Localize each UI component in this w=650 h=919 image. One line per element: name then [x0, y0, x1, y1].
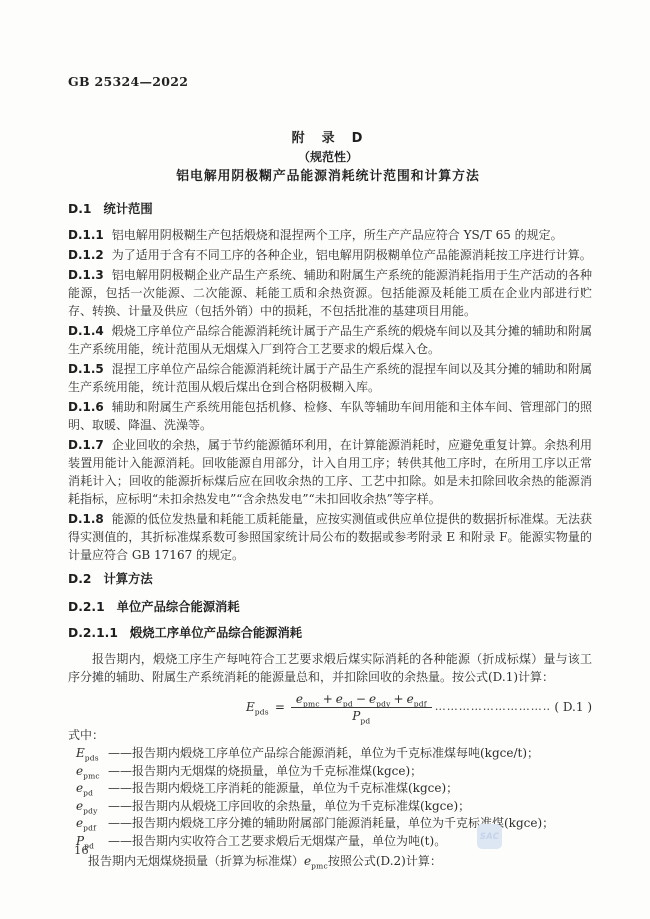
definition-symbol: epd — [76, 780, 108, 798]
clause-text: 煅烧工序单位产品综合能源消耗统计属于产品生产系统的煅烧车间以及其分摊的辅助和附属… — [68, 324, 592, 356]
definition-row: epdf —— 报告期内煅烧工序分摊的辅助附属部门能源消耗量，单位为千克标准煤(… — [68, 815, 592, 833]
definition-text: 报告期内从煅烧工序回收的余热量，单位为千克标准煤(kgce)； — [132, 798, 592, 816]
formula-fraction: epmc+epd−epdy+epdf Ppd — [291, 692, 432, 723]
section-title: 单位产品综合能源消耗 — [117, 600, 240, 614]
clause-text: 混捏工序单位产品综合能源消耗统计属于产品生产系统的混捏车间以及其分摊的辅助和附属… — [68, 362, 592, 394]
definition-symbol: epmc — [76, 763, 108, 781]
definition-row: epd —— 报告期内煅烧工序消耗的能源量，单位为千克标准煤(kgce)； — [68, 780, 592, 798]
term-symbol: e — [407, 692, 414, 706]
equation-number: ( D.1 ) — [554, 698, 592, 716]
clause-d1-4: D.1.4煅烧工序单位产品综合能源消耗统计属于产品生产系统的煅烧车间以及其分摊的… — [68, 322, 592, 358]
clause-text: 铝电解用阴极糊企业产品生产系统、辅助和附属生产系统的能源消耗指用于生产活动的各种… — [68, 268, 592, 318]
formula-lhs-subscript: pds — [255, 707, 269, 716]
equals-sign: = — [275, 698, 285, 716]
appendix-normative-tag: （规范性） — [68, 148, 588, 167]
definition-row: Epds —— 报告期内煅烧工序单位产品综合能源消耗，单位为千克标准煤每吨(kg… — [68, 745, 592, 763]
clause-d1-5: D.1.5混捏工序单位产品综合能源消耗统计属于产品生产系统的混捏车间以及其分摊的… — [68, 360, 592, 396]
formula-d1: Epds = epmc+epd−epdy+epdf Ppd …………………………… — [68, 690, 592, 724]
definition-text: 报告期内实收符合工艺要求煅后无烟煤产量，单位为吨(t)。 — [132, 833, 592, 851]
clause-number: D.1.1 — [68, 228, 104, 242]
definition-dash: —— — [108, 780, 132, 798]
clause-d1-2: D.1.2为了适用于含有不同工序的各种企业，铝电解用阴极糊单位产品能源消耗按工序… — [68, 246, 592, 264]
term-subscript: pd — [343, 699, 353, 708]
section-heading-d2-1: D.2.1单位产品综合能源消耗 — [68, 598, 592, 616]
document-page: GB 25324—2022 附 录 D （规范性） 铝电解用阴极糊产品能源消耗统… — [0, 0, 650, 919]
operator: + — [394, 692, 404, 706]
clause-d1-6: D.1.6辅助和附属生产系统用能包括机修、检修、车队等辅助车间用能和主体车间、管… — [68, 398, 592, 434]
clause-text: 能源的低位发热量和耗能工质耗能量，应按实测值或供应单位提供的数据折标准煤。无法获… — [68, 512, 592, 562]
sac-watermark-logo: SAC — [477, 824, 502, 849]
definition-text: 报告期内煅烧工序单位产品综合能源消耗，单位为千克标准煤每吨(kgce/t)； — [132, 745, 592, 763]
appendix-label: 附 录 D — [68, 129, 588, 148]
term-subscript: pdf — [414, 699, 427, 708]
clause-d1-3: D.1.3铝电解用阴极糊企业产品生产系统、辅助和附属生产系统的能源消耗指用于生产… — [68, 266, 592, 320]
section-number: D.2 — [68, 572, 91, 586]
calc-intro-paragraph: 报告期内，煅烧工序生产每吨符合工艺要求煅后煤实际消耗的各种能源（折成标煤）量与该… — [68, 650, 592, 686]
term-symbol: e — [336, 692, 343, 706]
closing-subscript: pmc — [311, 861, 328, 870]
term-subscript: pdy — [376, 699, 390, 708]
page-number: 16 — [74, 841, 89, 859]
fraction-denominator: Ppd — [291, 708, 432, 723]
clause-number: D.1.6 — [68, 400, 104, 414]
operator: + — [323, 692, 333, 706]
closing-post: 按照公式(D.2)计算： — [328, 854, 442, 868]
fraction-numerator: epmc+epd−epdy+epdf — [291, 692, 432, 708]
definition-row: epmc —— 报告期内无烟煤的烧损量，单位为千克标准煤(kgce)； — [68, 763, 592, 781]
term-subscript: pmc — [303, 699, 320, 708]
clause-number: D.1.2 — [68, 248, 104, 262]
clause-number: D.1.8 — [68, 512, 104, 526]
section-heading-d2: D.2计算方法 — [68, 570, 592, 588]
clause-d1-7: D.1.7企业回收的余热，属于节约能源循环利用，在计算能源消耗时，应避免重复计算… — [68, 436, 592, 508]
definition-text: 报告期内无烟煤的烧损量，单位为千克标准煤(kgce)； — [132, 763, 592, 781]
section-number: D.2.1 — [68, 600, 105, 614]
definition-symbol: Epds — [76, 745, 108, 763]
section-title: 煅烧工序单位产品综合能源消耗 — [130, 626, 302, 640]
section-title: 统计范围 — [103, 202, 152, 216]
term-symbol: e — [369, 692, 376, 706]
definition-dash: —— — [108, 833, 132, 851]
formula-expression: Epds = epmc+epd−epdy+epdf Ppd — [246, 692, 432, 723]
clause-d1-1: D.1.1铝电解用阴极糊生产包括煅烧和混捏两个工序，所生产产品应符合 YS/T … — [68, 226, 592, 244]
clause-text: 铝电解用阴极糊生产包括煅烧和混捏两个工序，所生产产品应符合 YS/T 65 的规… — [112, 228, 563, 242]
where-label: 式中： — [68, 726, 592, 744]
definition-dash: —— — [108, 763, 132, 781]
clause-text: 企业回收的余热，属于节约能源循环利用，在计算能源消耗时，应避免重复计算。余热利用… — [68, 438, 592, 506]
definition-symbol: epdy — [76, 798, 108, 816]
definition-row: Ppd —— 报告期内实收符合工艺要求煅后无烟煤产量，单位为吨(t)。 — [68, 833, 592, 851]
appendix-header: 附 录 D （规范性） 铝电解用阴极糊产品能源消耗统计范围和计算方法 — [68, 129, 588, 187]
clause-number: D.1.5 — [68, 362, 104, 376]
section-heading-d1: D.1统计范围 — [68, 200, 592, 218]
definition-symbol: epdf — [76, 815, 108, 833]
clause-text: 为了适用于含有不同工序的各种企业，铝电解用阴极糊单位产品能源消耗按工序进行计算。 — [112, 248, 592, 262]
section-number: D.2.1.1 — [68, 626, 118, 640]
standard-code: GB 25324—2022 — [68, 73, 188, 91]
closing-pre: 报告期内无烟煤烧损量（折算为标准煤） — [88, 854, 304, 868]
clause-number: D.1.7 — [68, 438, 104, 452]
definition-row: epdy —— 报告期内从煅烧工序回收的余热量，单位为千克标准煤(kgce)； — [68, 798, 592, 816]
definition-dash: —— — [108, 798, 132, 816]
definition-text: 报告期内煅烧工序消耗的能源量，单位为千克标准煤(kgce)； — [132, 780, 592, 798]
clause-number: D.1.3 — [68, 268, 104, 282]
definition-text: 报告期内煅烧工序分摊的辅助附属部门能源消耗量，单位为千克标准煤(kgce)； — [132, 815, 592, 833]
formula-lhs-symbol: E — [246, 700, 255, 714]
section-title: 计算方法 — [103, 572, 152, 586]
operator: − — [356, 692, 366, 706]
definition-dash: —— — [108, 815, 132, 833]
section-number: D.1 — [68, 202, 91, 216]
definition-dash: —— — [108, 745, 132, 763]
clause-d1-8: D.1.8能源的低位发热量和耗能工质耗能量，应按实测值或供应单位提供的数据折标准… — [68, 510, 592, 564]
appendix-title: 铝电解用阴极糊产品能源消耗统计范围和计算方法 — [68, 167, 588, 187]
clause-number: D.1.4 — [68, 324, 104, 338]
clause-text: 辅助和附属生产系统用能包括机修、检修、车队等辅助车间用能和主体车间、管理部门的照… — [68, 400, 592, 432]
term-subscript: pd — [360, 716, 370, 725]
leader-dots: ………………………………………………………………………… — [435, 698, 552, 716]
section-heading-d2-1-1: D.2.1.1煅烧工序单位产品综合能源消耗 — [68, 624, 592, 642]
document-body: D.1统计范围 D.1.1铝电解用阴极糊生产包括煅烧和混捏两个工序，所生产产品应… — [68, 200, 592, 870]
term-symbol: e — [296, 692, 303, 706]
symbol-definitions: Epds —— 报告期内煅烧工序单位产品综合能源消耗，单位为千克标准煤每吨(kg… — [68, 745, 592, 850]
closing-line: 报告期内无烟煤烧损量（折算为标准煤）epmc按照公式(D.2)计算： — [68, 852, 592, 870]
